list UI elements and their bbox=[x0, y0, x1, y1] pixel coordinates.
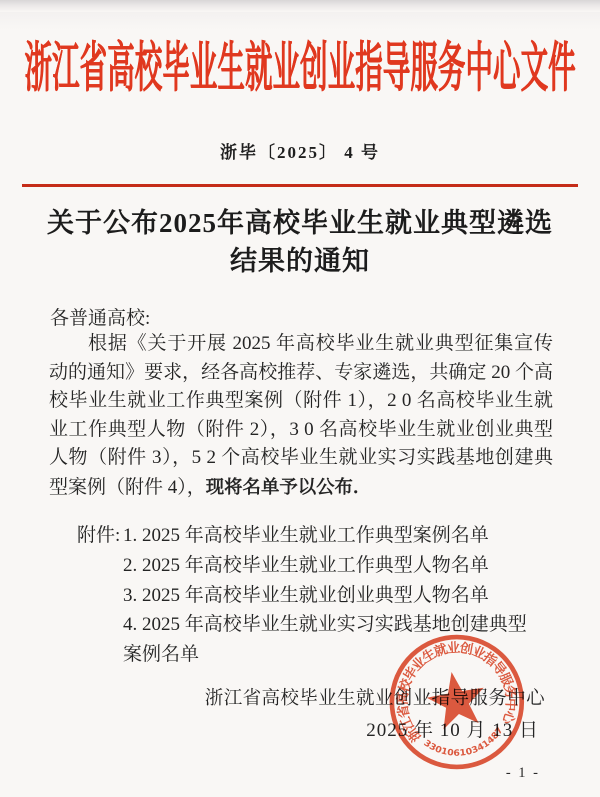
last-line-emphasis: 现将名单予以公布． bbox=[206, 476, 372, 497]
signature-organization: 浙江省高校毕业生就业创业指导服务中心 bbox=[205, 684, 545, 710]
last-line-prefix: 型案例（附件 4）， bbox=[49, 477, 206, 498]
red-divider-rule bbox=[22, 184, 578, 187]
paragraph-line: 根据《关于开展 2025 年高校毕业生就业典型征集宣传活 bbox=[49, 330, 553, 359]
red-header-banner: 浙江省高校毕业生就业创业指导服务中心文件 bbox=[0, 30, 600, 94]
notice-title-line1: 关于公布2025年高校毕业生就业典型遴选 bbox=[0, 204, 600, 242]
attachment-item-wrap: 案例名单 bbox=[123, 640, 557, 670]
attachment-item: 3. 2025 年高校毕业生就业创业典型人物名单 bbox=[123, 581, 557, 611]
paragraph-line: 业工作典型人物（附件 2），3 0 名高校毕业生就业创业典型 bbox=[49, 416, 553, 445]
paragraph-line: 校毕业生就业工作典型案例（附件 1），2 0 名高校毕业生就 bbox=[49, 387, 553, 416]
signature-date: 2025 年 10 月 13 日 bbox=[366, 715, 539, 742]
paragraph-line: 动的通知》要求，经各高校推荐、专家遴选，共确定 20 个高 bbox=[49, 359, 553, 388]
paragraph-line: 人物（附件 3），5 2 个高校毕业生就业实习实践基地创建典 bbox=[49, 444, 553, 473]
attachment-item: 2. 2025 年高校毕业生就业工作典型人物名单 bbox=[123, 551, 557, 581]
document-number: 浙毕〔2025〕 4 号 bbox=[0, 138, 600, 163]
org-banner-title: 浙江省高校毕业生就业创业指导服务中心文件 bbox=[24, 23, 575, 101]
salutation: 各普通高校: bbox=[50, 303, 150, 330]
paragraph-last-line: 型案例（附件 4），现将名单予以公布． bbox=[49, 473, 553, 503]
attachment-item: 1. 2025 年高校毕业生就业工作典型案例名单 bbox=[123, 521, 557, 551]
document-page: 浙江省高校毕业生就业创业指导服务中心文件 浙毕〔2025〕 4 号 关于公布20… bbox=[0, 0, 600, 797]
attachments-label: 附件: bbox=[77, 521, 120, 551]
scan-edge-band bbox=[0, 0, 600, 12]
notice-title: 关于公布2025年高校毕业生就业典型遴选 结果的通知 bbox=[0, 204, 600, 280]
notice-title-line2: 结果的通知 bbox=[0, 242, 600, 280]
attachment-item: 4. 2025 年高校毕业生就业实习实践基地创建典型 bbox=[123, 610, 557, 640]
page-number: - 1 - bbox=[506, 765, 540, 782]
body-paragraph: 根据《关于开展 2025 年高校毕业生就业典型征集宣传活 动的通知》要求，经各高… bbox=[49, 330, 553, 503]
attachments-list: 附件: 1. 2025 年高校毕业生就业工作典型案例名单 2. 2025 年高校… bbox=[77, 521, 557, 670]
